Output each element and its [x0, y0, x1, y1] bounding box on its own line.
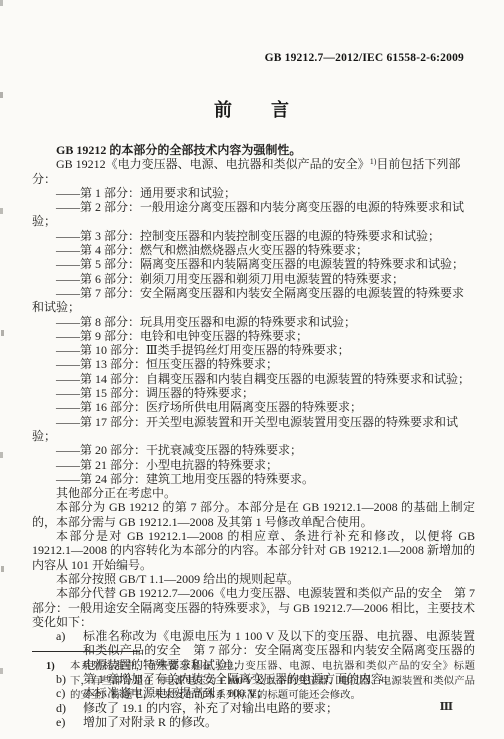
part-list-item: ——第 1 部分：通用要求和试验； — [32, 186, 475, 200]
part-list-item: ——第 16 部分：医疗场所供电用隔离变压器的特殊要求； — [32, 400, 475, 414]
part-list-item: ——第 14 部分：自耦变压器和内装自耦变压器的电源装置的特殊要求和试验； — [32, 372, 475, 386]
part-list-item: ——第 15 部分：调压器的特殊要求； — [32, 386, 475, 400]
part-list-item: ——第 13 部分：恒压变压器的特殊要求； — [32, 357, 475, 371]
part-list-item: ——第 7 部分：安全隔离变压器和内装安全隔离变压器的电源装置的特殊要求和试验； — [32, 286, 475, 315]
mandatory-note: GB 19212 的本部分的全部技术内容为强制性。 — [32, 143, 475, 157]
part-list-item: ——第 10 部分：Ⅲ类手提钨丝灯用变压器的特殊要求； — [32, 343, 475, 357]
footnote-separator — [32, 651, 140, 652]
change-label: e) — [56, 715, 83, 729]
standard-code-header: GB 19212.7—2012/IEC 61558-2-6:2009 — [265, 52, 464, 64]
part-list-item: ——第 4 部分：燃气和燃油燃烧器点火变压器的特殊要求； — [32, 243, 475, 257]
part-list-item: ——第 20 部分：干扰衰减变压器的特殊要求； — [32, 443, 475, 457]
part-list-item: ——第 9 部分：电铃和电钟变压器的特殊要求； — [32, 329, 475, 343]
part-list-item: ——第 2 部分：一般用途分离变压器和内装分离变压器的电源的特殊要求和试验； — [32, 200, 475, 229]
part-list-item: ——第 17 部分：开关型电源装置和开关型电源装置用变压器的特殊要求和试验； — [32, 415, 475, 444]
document-page: GB 19212.7—2012/IEC 61558-2-6:2009 前 言 G… — [0, 0, 504, 739]
footnote-text: 本系列标准中，有些部分是在《电力变压器、电源、电抗器和类似产品的安全》标题下，有… — [70, 660, 475, 704]
foreword-paragraph: 本部分代替 GB 19212.7—2006《电力变压器、电源装置和类似产品的安全… — [32, 586, 475, 629]
scan-edge-artifact — [0, 0, 3, 6]
page-number: Ⅲ — [440, 700, 453, 713]
part-list-item: ——第 6 部分：剃须刀用变压器和剃须刀用电源装置的特殊要求； — [32, 272, 475, 286]
part-list-item: ——第 24 部分：建筑工地用变压器的特殊要求。 — [32, 472, 475, 486]
series-intro: GB 19212《电力变压器、电源、电抗器和类似产品的安全》1)目前包括下列部分… — [32, 157, 475, 186]
change-item-e: e) 增加了对附录 R 的修改。 — [56, 715, 475, 729]
part-list-item: ——第 5 部分：隔离变压器和内装隔离变压器的电源装置的特殊要求和试验； — [32, 257, 475, 271]
foreword-paragraph: 本部分是对 GB 19212.1—2008 的相应章、条进行补充和修改，以便将 … — [32, 529, 475, 572]
change-text: 增加了对附录 R 的修改。 — [83, 715, 475, 729]
page-title: 前 言 — [0, 96, 504, 122]
footnote: 1) 本系列标准中，有些部分是在《电力变压器、电源、电抗器和类似产品的安全》标题… — [46, 660, 475, 704]
series-intro-pre: GB 19212《电力变压器、电源、电抗器和类似产品的安全》 — [56, 157, 370, 171]
foreword-body: GB 19212 的本部分的全部技术内容为强制性。 GB 19212《电力变压器… — [32, 143, 475, 729]
foreword-paragraph: 其他部分正在考虑中。 — [32, 486, 475, 500]
part-list-item: ——第 3 部分：控制变压器和内装控制变压器的电源的特殊要求和试验； — [32, 229, 475, 243]
foreword-paragraph: 本部分按照 GB/T 1.1—2009 给出的规则起草。 — [32, 572, 475, 586]
foreword-paragraph: 本部分为 GB 19212 的第 7 部分。本部分是在 GB 19212.1—2… — [32, 500, 475, 529]
footnote-label: 1) — [46, 660, 70, 704]
part-list-item: ——第 8 部分：玩具用变压器和电源的特殊要求和试验； — [32, 315, 475, 329]
part-list-item: ——第 21 部分：小型电抗器的特殊要求； — [32, 458, 475, 472]
